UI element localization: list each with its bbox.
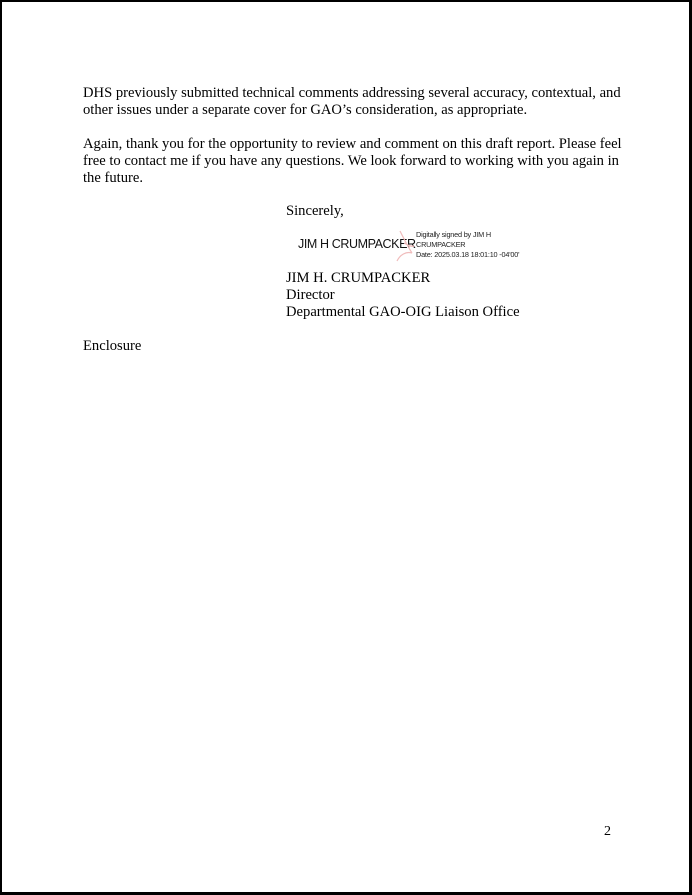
- page-number: 2: [604, 824, 611, 840]
- closing-salutation: Sincerely,: [286, 203, 344, 220]
- document-page: DHS previously submitted technical comme…: [0, 0, 692, 895]
- signature-date: Date: 2025.03.18 18:01:10 -04'00': [416, 250, 519, 260]
- signer-block: JIM H. CRUMPACKER Director Departmental …: [286, 270, 520, 321]
- digital-signature[interactable]: JIM H CRUMPACKER Digitally signed by JIM…: [298, 229, 538, 265]
- signed-by-line-1: Digitally signed by JIM H: [416, 230, 519, 240]
- signer-title: Director: [286, 287, 520, 304]
- paragraph-thank-you: Again, thank you for the opportunity to …: [83, 136, 623, 187]
- signer-office: Departmental GAO-OIG Liaison Office: [286, 304, 520, 321]
- enclosure-label: Enclosure: [83, 338, 141, 355]
- paragraph-technical-comments: DHS previously submitted technical comme…: [83, 85, 623, 119]
- signed-by-line-2: CRUMPACKER: [416, 240, 519, 250]
- signer-name: JIM H. CRUMPACKER: [286, 270, 520, 287]
- adobe-signature-mark-icon: [394, 229, 416, 263]
- signature-metadata: Digitally signed by JIM H CRUMPACKER Dat…: [416, 230, 519, 260]
